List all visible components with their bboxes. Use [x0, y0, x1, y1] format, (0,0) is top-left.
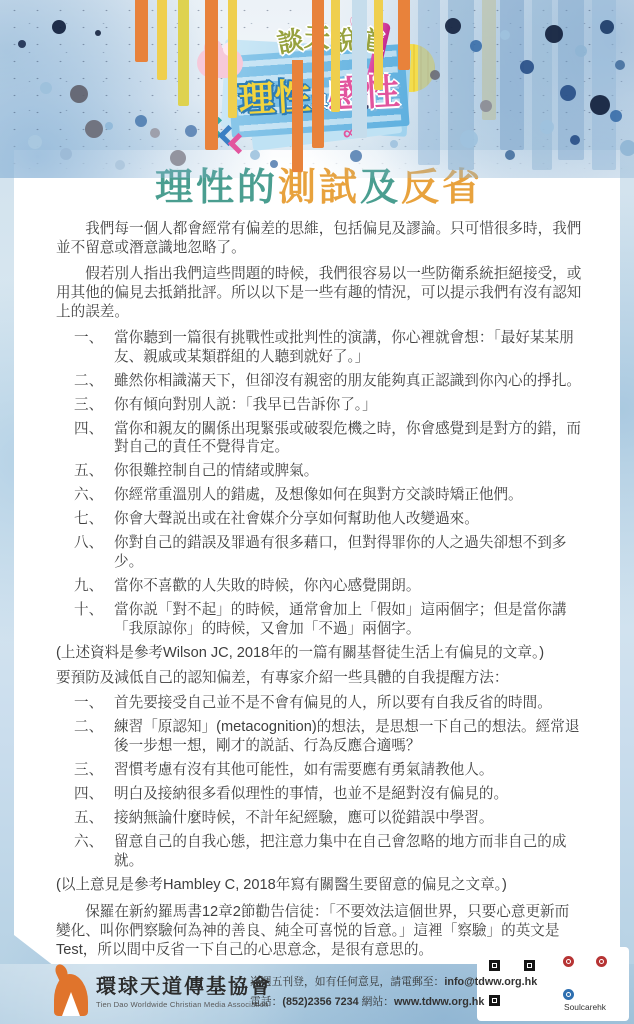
confetti-dot [480, 100, 492, 112]
footer: Soulcarehk 環球天道傳基協會 Tien Dao Worldwide C… [0, 964, 634, 1024]
confetti-dot [560, 85, 576, 101]
contact-line-2: 電話：(852)2356 7234 網站：www.tdww.org.hk [250, 993, 537, 1013]
decorative-stripe [374, 0, 383, 90]
bias-checklist: 一、當你聽到一篇很有挑戰性或批判性的演講，你心裡就會想：「最好某某朋友、親戚或某… [74, 329, 582, 640]
confetti-dot [40, 82, 52, 94]
list-item: 九、當你不喜歡的人失敗的時候，你內心感覺開朗。 [74, 577, 582, 596]
decorative-stripe [500, 0, 524, 150]
confetti-dot [540, 120, 554, 134]
confetti-dot [545, 25, 563, 43]
confetti-dot [105, 122, 113, 130]
confetti-dot [520, 60, 534, 74]
confetti-dot [60, 148, 72, 160]
org-identity: 環球天道傳基協會 Tien Dao Worldwide Christian Me… [96, 976, 272, 1009]
list-item: 六、留意自己的自我心態，把注意力集中在自己會忽略的地方而非自己的成就。 [74, 833, 582, 871]
list-item: 一、當你聽到一篇很有挑戰性或批判性的演講，你心裡就會想：「最好某某朋友、親戚或某… [74, 329, 582, 367]
contact-line-1: 逢週五刊登，如有任何意見，請電郵至：info@tdww.org.hk [250, 973, 537, 993]
list-item: 三、你有傾向對別人説：「我早已告訴你了。」 [74, 396, 582, 415]
email-address: info@tdww.org.hk [444, 976, 537, 988]
confetti-dot [270, 160, 278, 168]
intro-paragraph-2: 假若別人指出我們這些問題的時候，我們很容易以一些防衛系統拒絕接受，或用其他的偏見… [56, 265, 582, 322]
decorative-stripe [352, 0, 367, 138]
confetti-dot [70, 85, 88, 103]
website-url: www.tdww.org.hk [394, 996, 484, 1008]
intro-paragraph-1: 我們每一個人都會經常有偏差的思維，包括偏見及謬論。只可惜很多時，我們並不留意或潛… [56, 220, 582, 258]
confetti-dot [18, 40, 26, 48]
phone-number: (852)2356 7234 [282, 996, 358, 1008]
confetti-dot [615, 60, 625, 70]
confetti-dot [575, 45, 587, 57]
decorative-stripe [178, 0, 189, 106]
decorative-stripe [205, 0, 218, 150]
confetti-dot [505, 150, 515, 160]
reference-note-2: (以上意見是參考Hambley C, 2018年寫有關醫生要留意的偏見之文章。) [56, 876, 582, 895]
list-item: 十、當你説「對不起」的時候，通常會加上「假如」這兩個字；但是當你講「我原諒你」的… [74, 601, 582, 639]
confetti-dot [590, 95, 610, 115]
confetti-dot [95, 30, 101, 36]
list-item: 三、習慣考慮有沒有其他可能性，如有需要應有勇氣請教他人。 [74, 761, 582, 780]
list-item: 八、你對自己的錯誤及罪過有很多藉口，但對得罪你的人之過失卻想不到多少。 [74, 534, 582, 572]
confetti-dot [185, 125, 197, 137]
confetti-dot [85, 120, 103, 138]
org-name-english: Tien Dao Worldwide Christian Media Assoc… [96, 1000, 272, 1009]
list-item: 一、首先要接受自己並不是不會有偏見的人，所以要有自我反省的時間。 [74, 694, 582, 713]
decorative-stripe [228, 0, 237, 118]
confetti-dot [610, 110, 622, 122]
confetti-dot [570, 135, 580, 145]
decorative-stripe [418, 0, 440, 165]
reference-note-1: (上述資料是參考Wilson JC, 2018年的一篇有關基督徒生活上有偏見的文… [56, 644, 582, 663]
list-item: 七、你會大聲説出或在社會媒介分享如何幫助他人改變過來。 [74, 510, 582, 529]
confetti-dot [115, 160, 125, 170]
confetti-dot [470, 40, 482, 52]
contact-info: 逢週五刊登，如有任何意見，請電郵至：info@tdww.org.hk 電話：(8… [250, 973, 537, 1013]
reminder-list: 一、首先要接受自己並不是不會有偏見的人，所以要有自我反省的時間。二、練習「原認知… [74, 694, 582, 871]
confetti-dot [460, 130, 478, 148]
decorative-stripe [135, 0, 148, 62]
confetti-dot [52, 20, 66, 34]
decorative-stripe [292, 60, 303, 172]
confetti-dot [445, 18, 461, 34]
confetti-dot [390, 140, 398, 148]
confetti-dot [135, 115, 147, 127]
confetti-dot [620, 140, 634, 156]
list-item: 五、你很難控制自己的情緒或脾氣。 [74, 462, 582, 481]
confetti-dot [500, 30, 510, 40]
confetti-dot [430, 70, 440, 80]
decorative-stripe [157, 0, 167, 80]
decorative-stripe [398, 0, 410, 70]
qr-label: Soulcarehk [555, 1002, 615, 1012]
confetti-dot [600, 20, 614, 34]
list-item: 二、練習「原認知」(metacognition)的想法，是思想一下自己的想法。經… [74, 718, 582, 756]
methods-lead: 要預防及減低自己的認知偏差，有專家介紹一些具體的自我提醒方法： [56, 669, 582, 688]
list-item: 四、當你和親友的關係出現緊張或破裂危機之時，你會感覺到是對方的錯，而對自己的責任… [74, 420, 582, 458]
flyer-page: 理性的測試及反省 我們每一個人都會經常有偏差的思維，包括偏見及謬論。只可惜很多時… [0, 0, 634, 1024]
confetti-dot [170, 150, 186, 166]
org-name: 環球天道傳基協會 [96, 976, 272, 998]
list-item: 六、你經常重溫別人的錯處，及想像如何在與對方交談時矯正他們。 [74, 486, 582, 505]
org-logo-icon [54, 974, 88, 1016]
confetti-dot [150, 128, 160, 138]
content-panel: 理性的測試及反省 我們每一個人都會經常有偏差的思維，包括偏見及謬論。只可惜很多時… [14, 150, 620, 966]
confetti-dot [250, 150, 260, 160]
article: 理性的測試及反省 我們每一個人都會經常有偏差的思維，包括偏見及謬論。只可惜很多時… [14, 150, 620, 1016]
confetti-dot [28, 135, 42, 149]
confetti-dot [350, 150, 362, 162]
header-artwork: ♡ 談天說道 理性與感性 ∞ [0, 0, 634, 178]
soulcare-qr-code [563, 956, 607, 1000]
decorative-stripe [331, 0, 340, 112]
list-item: 二、雖然你相識滿天下，但卻沒有親密的朋友能夠真正認識到你內心的掙扎。 [74, 372, 582, 391]
decorative-stripe [312, 0, 324, 148]
list-item: 四、明白及接納很多看似理性的事情，也並不是絕對沒有偏見的。 [74, 785, 582, 804]
list-item: 五、接納無論什麼時候，不計年紀經驗，應可以從錯誤中學習。 [74, 809, 582, 828]
